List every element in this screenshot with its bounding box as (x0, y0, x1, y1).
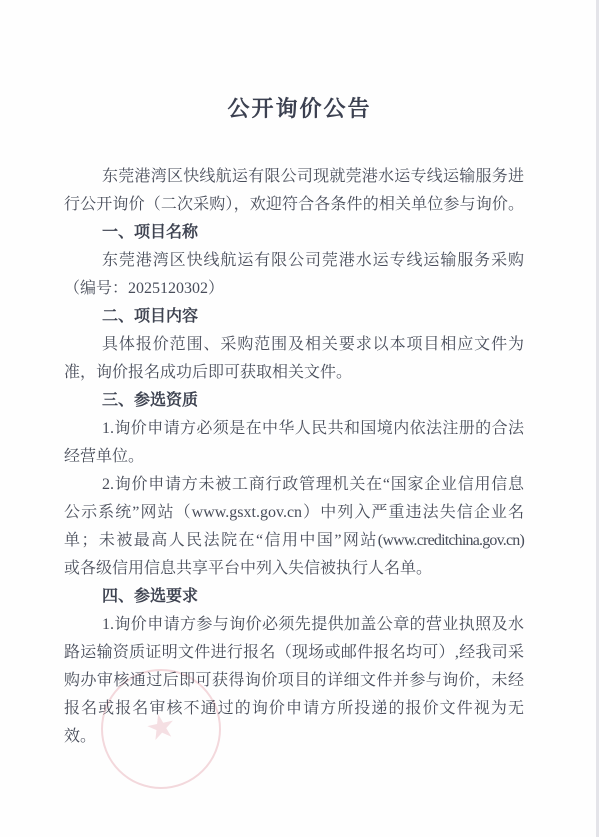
paragraph-line: 报名或报名审核不通过的询价申请方所投递的报价文件视为无 (64, 695, 524, 723)
paragraph-line: 效。 (64, 723, 524, 751)
paragraph-line: 路运输资质证明文件进行报名（现场或邮件报名均可）,经我司采 (64, 639, 524, 667)
paragraph-line-gsxt-url: 公示系统”网站（www.gsxt.gov.cn）中列入严重违法失信企业名 (64, 499, 524, 527)
paragraph-line: 东莞港湾区快线航运有限公司莞港水运专线运输服务采购 (64, 247, 524, 275)
section-heading-qualifications: 三、参选资质 (64, 387, 524, 415)
document-title: 公开询价公告 (0, 94, 599, 124)
paragraph-line: 行公开询价（二次采购），欢迎符合各条件的相关单位参与询价。 (64, 191, 524, 219)
paragraph-line: 准，询价报名成功后即可获取相关文件。 (64, 359, 524, 387)
section-heading-project-name: 一、项目名称 (64, 219, 524, 247)
scanned-document-page: 公开询价公告 东莞港湾区快线航运有限公司现就莞港水运专线运输服务进 行公开询价（… (0, 0, 599, 837)
section-heading-requirements: 四、参选要求 (64, 583, 524, 611)
paragraph-line: 1.询价申请方必须是在中华人民共和国境内依法注册的合法 (64, 415, 524, 443)
section-heading-project-content: 二、项目内容 (64, 303, 524, 331)
paragraph-line: 购办审核通过后即可获得询价项目的详细文件并参与询价，未经 (64, 667, 524, 695)
paragraph-line: 东莞港湾区快线航运有限公司现就莞港水运专线运输服务进 (64, 163, 524, 191)
paragraph-line: 具体报价范围、采购范围及相关要求以本项目相应文件为 (64, 331, 524, 359)
paragraph-line: 2.询价申请方未被工商行政管理机关在“国家企业信用信息 (64, 471, 524, 499)
paragraph-line-creditchina-url: 单；未被最高人民法院在“信用中国”网站(www.creditchina.gov.… (64, 527, 524, 555)
paragraph-line: 或各级信用信息共享平台中列入失信被执行人名单。 (64, 555, 524, 583)
paragraph-line-project-number: （编号：2025120302） (64, 275, 524, 303)
document-body: 东莞港湾区快线航运有限公司现就莞港水运专线运输服务进 行公开询价（二次采购），欢… (64, 163, 524, 751)
paragraph-line: 1.询价申请方参与询价必须先提供加盖公章的营业执照及水 (64, 611, 524, 639)
paragraph-line: 经营单位。 (64, 443, 524, 471)
